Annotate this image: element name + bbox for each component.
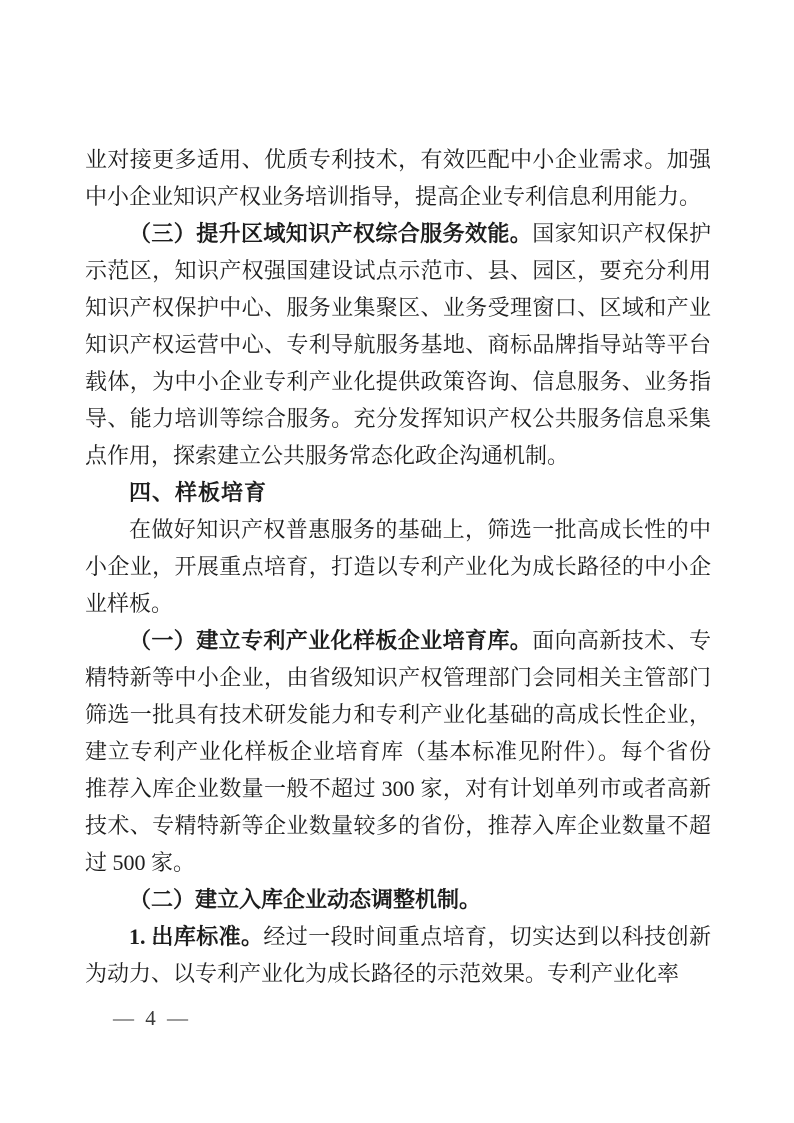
- paragraph-item-1-text: 面向高新技术、专精特新等中小企业，由省级知识产权管理部门会同相关主管部门筛选一批…: [85, 628, 711, 875]
- paragraph-item-1: （一）建立专利产业化样板企业培育库。面向高新技术、专精特新等中小企业，由省级知识…: [85, 622, 711, 881]
- section-heading-4: 四、样板培育: [85, 474, 711, 511]
- run-in-subheading-item-2: （二）建立入库企业动态调整机制。: [129, 887, 481, 912]
- paragraph-section-3-text: 国家知识产权保护示范区，知识产权强国建设试点示范市、县、园区，要充分利用知识产权…: [85, 221, 711, 468]
- run-in-subheading-item-1: （一）建立专利产业化样板企业培育库。: [129, 628, 532, 653]
- paragraph-outbound-standard: 1. 出库标准。经过一段时间重点培育，切实达到以科技创新为动力、以专利产业化为成…: [85, 918, 711, 992]
- paragraph-continuation: 业对接更多适用、优质专利技术，有效匹配中小企业需求。加强中小企业知识产权业务培训…: [85, 141, 711, 215]
- run-in-subheading-outbound-standard: 1. 出库标准。: [129, 924, 263, 949]
- document-page: 业对接更多适用、优质专利技术，有效匹配中小企业需求。加强中小企业知识产权业务培训…: [0, 0, 794, 1123]
- document-body: 业对接更多适用、优质专利技术，有效匹配中小企业需求。加强中小企业知识产权业务培训…: [85, 141, 711, 992]
- paragraph-section-3: （三）提升区域知识产权综合服务效能。国家知识产权保护示范区，知识产权强国建设试点…: [85, 215, 711, 474]
- paragraph-item-2: （二）建立入库企业动态调整机制。: [85, 881, 711, 918]
- page-number: — 4 —: [113, 1003, 191, 1033]
- paragraph-intro: 在做好知识产权普惠服务的基础上，筛选一批高成长性的中小企业，开展重点培育，打造以…: [85, 511, 711, 622]
- run-in-subheading-section-3: （三）提升区域知识产权综合服务效能。: [129, 221, 532, 246]
